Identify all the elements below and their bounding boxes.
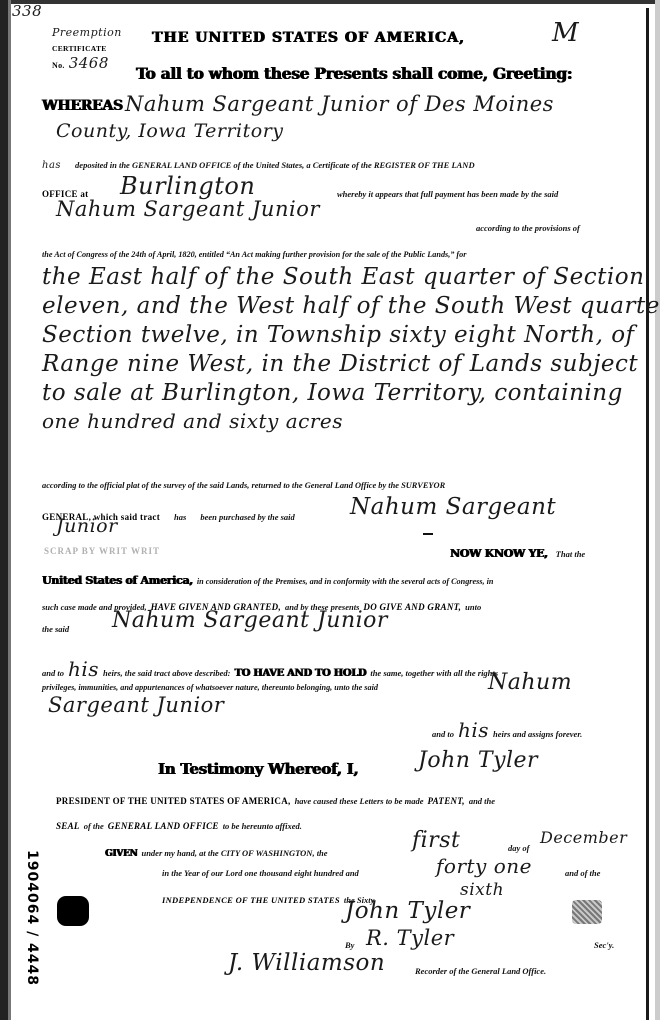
the-said-label: the said bbox=[42, 624, 69, 634]
top-right-mark: M bbox=[552, 18, 579, 48]
given-line: GIVEN under my hand, at the CITY OF WASH… bbox=[105, 843, 328, 861]
privileges-text: privileges, immunities, and appurtenance… bbox=[42, 683, 378, 692]
now-know-ye-line: NOW KNOW YE, That the bbox=[450, 544, 585, 562]
provisions-text: according to the provisions of bbox=[476, 223, 580, 233]
grantee-name-4a: Nahum bbox=[488, 670, 572, 695]
faded-stamp-text: SCRAP BY WRIT WRIT bbox=[44, 546, 160, 556]
general-land-office-label: GENERAL LAND OFFICE bbox=[108, 821, 219, 831]
land-office-city: Burlington bbox=[120, 172, 255, 200]
to-have-and-hold: TO HAVE AND TO HOLD bbox=[235, 668, 367, 679]
grantee-line-2: County, Iowa Territory bbox=[56, 120, 284, 142]
dash-mark bbox=[423, 533, 433, 535]
testimony-label: In Testimony Whereof, I, bbox=[158, 760, 358, 778]
consideration-text: in consideration of the Premises, and in… bbox=[197, 577, 494, 586]
purchaser-name-2: Junior bbox=[56, 515, 118, 537]
land-description-line: one hundred and sixty acres bbox=[42, 409, 343, 433]
given-text: under my hand, at the CITY OF WASHINGTON… bbox=[141, 848, 327, 858]
and-the-text: and the bbox=[469, 796, 495, 806]
right-border bbox=[646, 8, 649, 1020]
margin-note: 1904064 / 4448 bbox=[24, 850, 40, 986]
has-text: has bbox=[174, 512, 186, 522]
survey-text: according to the official plat of the su… bbox=[42, 481, 445, 490]
land-description-line: to sale at Burlington, Iowa Territory, c… bbox=[42, 380, 623, 406]
that-the: That the bbox=[556, 549, 586, 559]
month-handwritten: December bbox=[540, 828, 627, 847]
certificate-label: CERTIFICATE bbox=[52, 44, 107, 53]
day-of-label: day of bbox=[508, 843, 529, 853]
purchased-text: been purchased by the said bbox=[200, 512, 294, 522]
and-to-label-2: and to bbox=[432, 729, 454, 739]
assigns-line: and to his heirs and assigns forever. bbox=[432, 718, 582, 742]
stamp-icon bbox=[572, 900, 602, 924]
certificate-no-label: No. bbox=[52, 61, 65, 70]
independence-line: INDEPENDENCE OF THE UNITED STATES the Si… bbox=[162, 890, 374, 908]
united-states-label: United States of America, bbox=[42, 574, 193, 587]
left-border-inner bbox=[8, 0, 11, 1020]
president-signature: John Tyler bbox=[418, 748, 538, 773]
president-line: PRESIDENT OF THE UNITED STATES OF AMERIC… bbox=[56, 791, 495, 809]
land-description-line: Section twelve, in Township sixty eight … bbox=[42, 322, 635, 348]
habendum-line: and to his heirs, the said tract above d… bbox=[42, 657, 498, 681]
grantee-line-1: Nahum Sargeant Junior of Des Moines bbox=[125, 92, 554, 116]
deposit-text: deposited in the GENERAL LAND OFFICE of … bbox=[75, 160, 475, 170]
recorder-label: Recorder of the General Land Office. bbox=[415, 966, 546, 976]
now-know-ye: NOW KNOW YE, bbox=[450, 547, 548, 560]
payment-text: whereby it appears that full payment has… bbox=[337, 189, 558, 199]
purchaser-name-1: Nahum Sargeant bbox=[350, 494, 556, 520]
secretary-signature: R. Tyler bbox=[366, 926, 454, 950]
recorder-signature: J. Williamson bbox=[228, 950, 385, 976]
right-margin bbox=[655, 0, 660, 1020]
president-title: PRESIDENT OF THE UNITED STATES OF AMERIC… bbox=[56, 796, 291, 806]
document-heading: THE UNITED STATES OF AMERICA, bbox=[152, 30, 465, 46]
affixed-text: to be hereunto affixed. bbox=[223, 821, 302, 831]
top-border bbox=[0, 0, 660, 4]
and-to-label: and to bbox=[42, 668, 64, 678]
given-label: GIVEN bbox=[105, 849, 137, 859]
heirs-assigns: heirs and assigns forever. bbox=[493, 729, 582, 739]
independence-year: sixth bbox=[460, 880, 504, 900]
grantee-name-3: Nahum Sargeant Junior bbox=[112, 608, 388, 633]
corner-number: 338 bbox=[12, 2, 42, 20]
payer-name: Nahum Sargeant Junior bbox=[56, 197, 320, 221]
year-text: in the Year of our Lord one thousand eig… bbox=[162, 868, 359, 878]
land-description-line: Range nine West, in the District of Land… bbox=[42, 351, 638, 377]
act-text: the Act of Congress of the 24th of April… bbox=[42, 250, 466, 259]
unto-text: unto bbox=[465, 602, 481, 612]
caused-text: have caused these Letters to be made bbox=[295, 796, 424, 806]
whereas-label: WHEREAS bbox=[42, 98, 123, 114]
seal-line: SEAL of the GENERAL LAND OFFICE to be he… bbox=[56, 816, 302, 834]
has-handwritten: has bbox=[42, 160, 61, 171]
grantee-name-4b: Sargeant Junior bbox=[48, 693, 224, 717]
year-handwritten: forty one bbox=[436, 854, 532, 878]
land-description-line: eleven, and the West half of the South W… bbox=[42, 293, 660, 319]
president-signature-2: John Tyler bbox=[345, 898, 470, 924]
independence-label: INDEPENDENCE OF THE UNITED STATES bbox=[162, 895, 340, 905]
his-handwritten: his bbox=[68, 657, 99, 681]
same-together-text: the same, together with all the rights bbox=[370, 668, 498, 678]
land-description-line: the East half of the South East quarter … bbox=[42, 264, 644, 290]
certificate-number: 3468 bbox=[69, 54, 109, 72]
heirs-text: heirs, the said tract above described: bbox=[103, 668, 230, 678]
by-label: By bbox=[345, 940, 354, 950]
consideration-line: United States of America, in considerati… bbox=[42, 571, 493, 589]
greeting: To all to whom these Presents shall come… bbox=[136, 64, 572, 83]
preemption-label: Preemption bbox=[52, 26, 122, 39]
seal-label: SEAL bbox=[56, 821, 80, 831]
left-border bbox=[0, 0, 8, 1020]
seal-icon bbox=[57, 896, 89, 926]
seal-text-mid: of the bbox=[84, 821, 104, 831]
his-handwritten-2: his bbox=[458, 718, 489, 742]
certificate-number-row: No. 3468 bbox=[52, 54, 109, 73]
secy-label: Sec'y. bbox=[594, 940, 614, 950]
and-of-the-text: and of the bbox=[565, 868, 600, 878]
deposit-line: has deposited in the GENERAL LAND OFFICE… bbox=[42, 155, 475, 173]
patent-label: PATENT, bbox=[427, 796, 464, 806]
day-handwritten: first bbox=[412, 828, 460, 853]
